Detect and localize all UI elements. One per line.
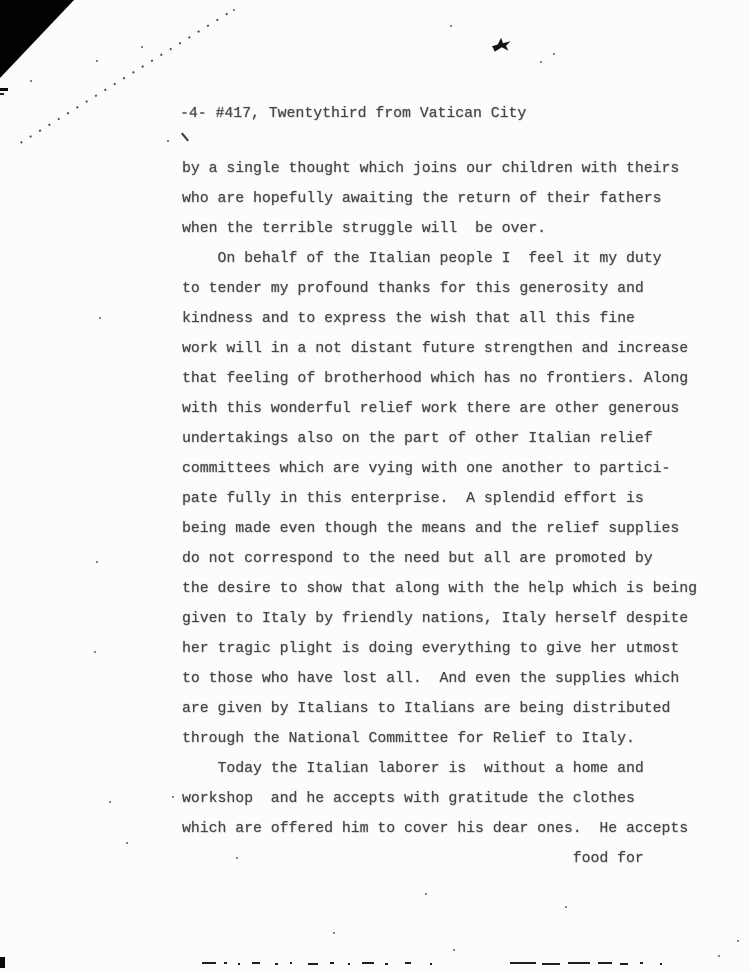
text-line: which are offered him to cover his dear … bbox=[182, 814, 697, 844]
scan-speck bbox=[425, 893, 427, 895]
text-line: with this wonderful relief work there ar… bbox=[182, 394, 697, 424]
scan-speck bbox=[283, 250, 285, 252]
scan-corner-artifact bbox=[0, 0, 74, 78]
scan-speck bbox=[172, 796, 174, 798]
text-line: food for bbox=[182, 844, 697, 874]
scan-speck bbox=[109, 801, 111, 803]
document-header: -4- #417, Twentythird from Vatican City bbox=[180, 102, 526, 126]
text-line: kindness and to express the wish that al… bbox=[182, 304, 697, 334]
text-line: pate fully in this enterprise. A splendi… bbox=[182, 484, 697, 514]
scan-speck bbox=[333, 932, 335, 934]
scan-speck bbox=[30, 80, 32, 82]
scan-speck bbox=[718, 955, 720, 957]
text-line: being made even though the means and the… bbox=[182, 514, 697, 544]
scan-speck bbox=[453, 949, 455, 951]
text-line: are given by Italians to Italians are be… bbox=[182, 694, 697, 724]
text-line: by a single thought which joins our chil… bbox=[182, 154, 697, 184]
scan-noise-band bbox=[190, 958, 738, 966]
scan-speck bbox=[126, 842, 128, 844]
scan-speck bbox=[553, 53, 555, 55]
scan-speck bbox=[565, 906, 567, 908]
ink-blot bbox=[492, 37, 511, 52]
text-line: committees which are vying with one anot… bbox=[182, 454, 697, 484]
scan-speck bbox=[233, 9, 235, 11]
text-line: undertakings also on the part of other I… bbox=[182, 424, 697, 454]
pencil-tick bbox=[181, 133, 189, 142]
scan-edge-artifact bbox=[0, 957, 5, 968]
scan-speck bbox=[540, 61, 542, 63]
text-line: do not correspond to the need but all ar… bbox=[182, 544, 697, 574]
text-line: to those who have lost all. And even the… bbox=[182, 664, 697, 694]
text-line: given to Italy by friendly nations, Ital… bbox=[182, 604, 697, 634]
text-line: work will in a not distant future streng… bbox=[182, 334, 697, 364]
edge-mark bbox=[0, 88, 8, 91]
scan-speck bbox=[141, 46, 143, 48]
text-line: through the National Committee for Relie… bbox=[182, 724, 697, 754]
scan-speck bbox=[99, 317, 101, 319]
scanned-document-page: -4- #417, Twentythird from Vatican City … bbox=[0, 0, 750, 972]
scan-speck bbox=[94, 651, 96, 653]
scan-speck bbox=[236, 857, 238, 859]
scan-speck bbox=[737, 940, 739, 942]
edge-mark bbox=[0, 93, 4, 95]
text-line: Today the Italian laborer is without a h… bbox=[182, 754, 697, 784]
scan-speck bbox=[96, 561, 98, 563]
text-line: who are hopefully awaiting the return of… bbox=[182, 184, 697, 214]
text-line: when the terrible struggle will be over. bbox=[182, 214, 697, 244]
scan-speck bbox=[450, 25, 452, 27]
text-line: that feeling of brotherhood which has no… bbox=[182, 364, 697, 394]
text-line: the desire to show that along with the h… bbox=[182, 574, 697, 604]
scan-speck bbox=[96, 60, 98, 62]
text-line: to tender my profound thanks for this ge… bbox=[182, 274, 697, 304]
text-line: her tragic plight is doing everything to… bbox=[182, 634, 697, 664]
scan-speck bbox=[167, 140, 169, 142]
text-line: On behalf of the Italian people I feel i… bbox=[182, 244, 697, 274]
text-line: workshop and he accepts with gratitude t… bbox=[182, 784, 697, 814]
typewritten-text: by a single thought which joins our chil… bbox=[182, 154, 697, 874]
